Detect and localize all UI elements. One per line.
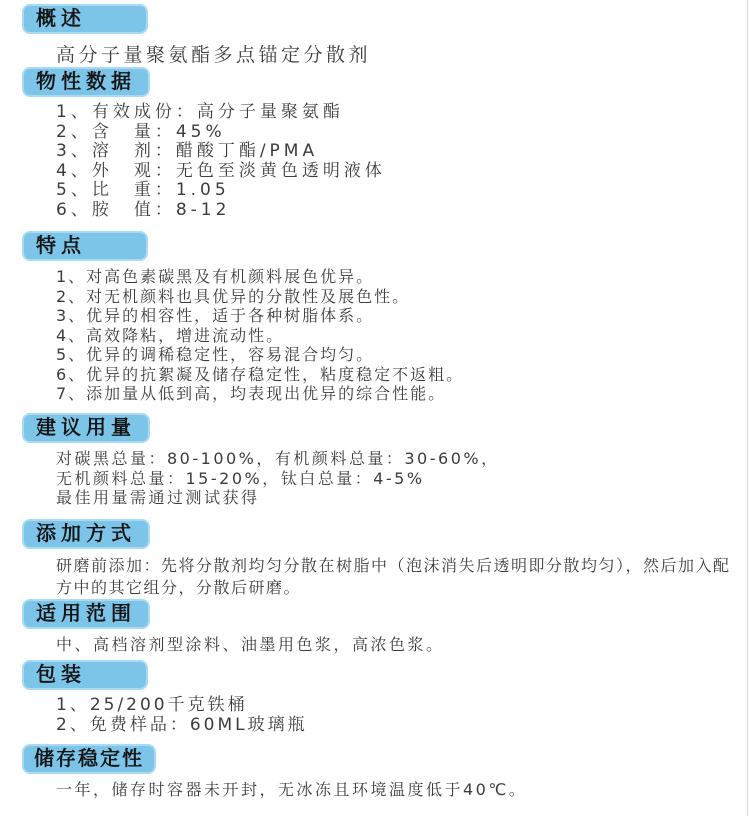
section-packaging-title-badge: 包装 [22, 660, 148, 690]
section-storage-stability-body: 一年，储存时容器未开封，无冰冻且环境温度低于40℃。 [56, 780, 738, 800]
section-addition-method-title-badge: 添加方式 [22, 519, 150, 549]
text-line: 2、含 量：45% [56, 123, 738, 143]
text-line: 高分子量聚氨酯多点锚定分散剂 [56, 40, 738, 67]
section-applicable-range-title-badge: 适用范围 [22, 599, 150, 629]
text-line: 4、高效降粘，增进流动性。 [56, 326, 738, 346]
section-addition-method: 添加方式 研磨前添加：先将分散剂均匀分散在树脂中（泡沫消失后透明即分散均匀），然… [22, 519, 738, 599]
text-line: 3、优异的相容性，适于各种树脂体系。 [56, 306, 738, 326]
section-packaging: 包装 1、25/200千克铁桶2、免费样品：60ML玻璃瓶 [22, 660, 738, 735]
section-physical-properties: 物性数据 1、有效成份：高分子量聚氨酯2、含 量：45%3、溶 剂：醋酸丁酯/P… [22, 67, 738, 220]
text-line: 4、外 观：无色至淡黄色透明液体 [56, 162, 738, 182]
section-addition-method-body: 研磨前添加：先将分散剂均匀分散在树脂中（泡沫消失后透明即分散均匀），然后加入配方… [56, 555, 738, 599]
section-physical-properties-title-badge: 物性数据 [22, 67, 150, 97]
section-applicable-range-body: 中、高档溶剂型涂料、油墨用色浆，高浓色浆。 [56, 635, 738, 655]
section-storage-stability-title-badge: 储存稳定性 [22, 744, 156, 774]
text-line: 7、添加量从低到高，均表现出优异的综合性能。 [56, 384, 738, 404]
text-line: 5、优异的调稀稳定性，容易混合均匀。 [56, 345, 738, 365]
section-storage-stability: 储存稳定性 一年，储存时容器未开封，无冰冻且环境温度低于40℃。 [22, 744, 738, 800]
text-line: 1、对高色素碳黑及有机颜料展色优异。 [56, 267, 738, 287]
text-line: 一年，储存时容器未开封，无冰冻且环境温度低于40℃。 [56, 780, 738, 800]
section-features-title-badge: 特点 [22, 231, 148, 261]
section-packaging-body: 1、25/200千克铁桶2、免费样品：60ML玻璃瓶 [56, 696, 738, 735]
section-title: 特点 [36, 233, 86, 257]
section-recommended-dosage-body: 对碳黑总量：80-100%，有机颜料总量：30-60%，无机颜料总量：15-20… [56, 449, 738, 508]
text-line: 1、25/200千克铁桶 [56, 696, 738, 716]
section-recommended-dosage-title-badge: 建议用量 [22, 413, 150, 443]
section-title: 储存稳定性 [34, 746, 144, 770]
text-line: 无机颜料总量：15-20%，钛白总量：4-5% [56, 469, 738, 489]
text-line: 2、对无机颜料也具优异的分散性及展色性。 [56, 287, 738, 307]
text-line: 最佳用量需通过测试获得 [56, 488, 738, 508]
product-datasheet-page: 概述 高分子量聚氨酯多点锚定分散剂 物性数据 1、有效成份：高分子量聚氨酯2、含… [0, 0, 750, 816]
section-title: 适用范围 [36, 601, 136, 625]
section-features: 特点 1、对高色素碳黑及有机颜料展色优异。2、对无机颜料也具优异的分散性及展色性… [22, 231, 738, 404]
page-right-edge-divider [747, 0, 748, 816]
section-recommended-dosage: 建议用量 对碳黑总量：80-100%，有机颜料总量：30-60%，无机颜料总量：… [22, 413, 738, 508]
section-title: 添加方式 [36, 521, 136, 545]
section-title: 概述 [36, 6, 86, 30]
text-line: 6、胺 值：8-12 [56, 201, 738, 221]
section-applicable-range: 适用范围 中、高档溶剂型涂料、油墨用色浆，高浓色浆。 [22, 599, 738, 655]
text-line: 2、免费样品：60ML玻璃瓶 [56, 716, 738, 736]
text-line: 对碳黑总量：80-100%，有机颜料总量：30-60%， [56, 449, 738, 469]
section-physical-properties-body: 1、有效成份：高分子量聚氨酯2、含 量：45%3、溶 剂：醋酸丁酯/PMA4、外… [56, 103, 738, 220]
text-line: 6、优异的抗絮凝及储存稳定性，粘度稳定不返粗。 [56, 365, 738, 385]
section-overview-title-badge: 概述 [22, 4, 148, 34]
section-features-body: 1、对高色素碳黑及有机颜料展色优异。2、对无机颜料也具优异的分散性及展色性。3、… [56, 267, 738, 404]
text-line: 3、溶 剂：醋酸丁酯/PMA [56, 142, 738, 162]
text-line: 研磨前添加：先将分散剂均匀分散在树脂中（泡沫消失后透明即分散均匀），然后加入配 [56, 555, 738, 577]
text-line: 1、有效成份：高分子量聚氨酯 [56, 103, 738, 123]
section-title: 物性数据 [36, 69, 136, 93]
section-title: 包装 [36, 662, 86, 686]
section-title: 建议用量 [36, 415, 136, 439]
text-line: 中、高档溶剂型涂料、油墨用色浆，高浓色浆。 [56, 635, 738, 655]
section-overview-body: 高分子量聚氨酯多点锚定分散剂 [56, 40, 738, 67]
text-line: 方中的其它组分，分散后研磨。 [56, 577, 738, 599]
text-line: 5、比 重：1.05 [56, 181, 738, 201]
section-overview: 概述 高分子量聚氨酯多点锚定分散剂 [22, 4, 738, 67]
